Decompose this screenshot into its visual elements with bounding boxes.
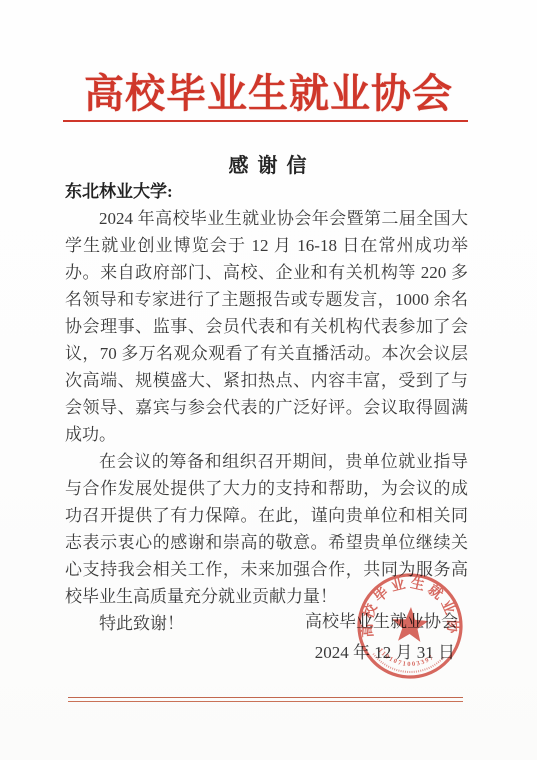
letter-page: 高校毕业生就业协会 感 谢 信 东北林业大学: 2024 年高校毕业生就业协会年… (0, 0, 537, 760)
official-seal-stamp: 高校毕业生就业协会 1101071003397 (347, 563, 473, 689)
paragraph-1: 2024 年高校毕业生就业协会年会暨第二届全国大学生就业创业博览会于 12 月 … (65, 205, 468, 448)
letterhead-rule (63, 120, 468, 126)
star-icon (391, 606, 429, 642)
letterhead-org-name: 高校毕业生就业协会 (0, 62, 537, 119)
salutation: 东北林业大学: (65, 178, 468, 205)
footer-rule (68, 697, 463, 702)
letter-title: 感 谢 信 (0, 149, 537, 178)
seal-number: 1101071003397 (376, 647, 436, 670)
